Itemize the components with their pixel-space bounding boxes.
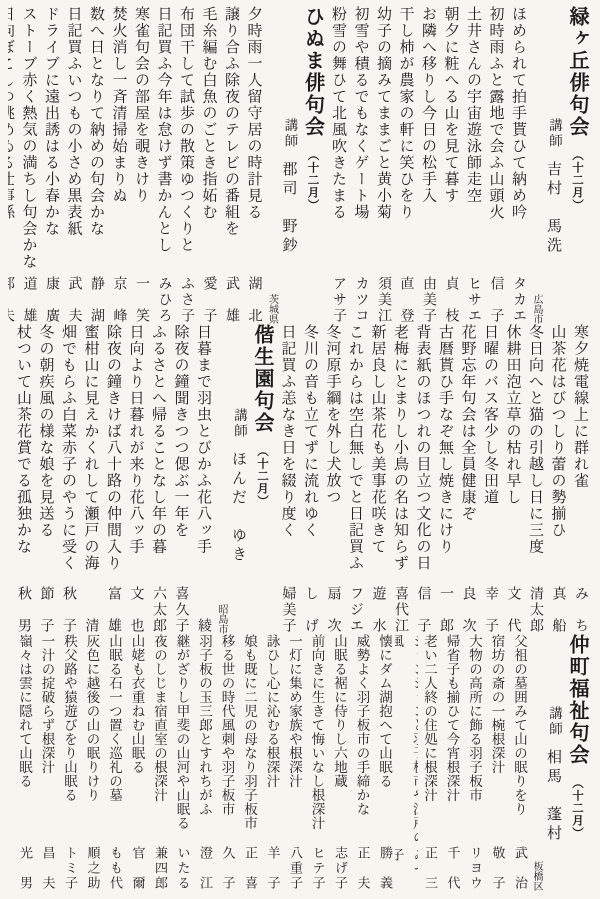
haiku-text: 初時雨ふと露地で会ふ山頭火 — [485, 6, 508, 221]
club-title-column: 仲町福祉句会 （十二月） — [564, 634, 592, 891]
club-month: （十二月） — [571, 777, 585, 840]
haiku-text: 前向きに生きて悔いなし根深汁 — [305, 634, 328, 830]
club-title: 仲町福祉句会 — [566, 634, 590, 766]
lecturer-label: 講師 — [228, 408, 249, 439]
haiku-entry: 花野忘年句会は全員健康ぞ 良 次 — [457, 324, 480, 634]
haiku-text: 父祖の墓囲みて山の眠りをり — [508, 634, 531, 816]
haiku-text: 初雪や積るでもなくゲート場 — [350, 6, 373, 221]
haiku-author: 信 子 — [412, 586, 435, 634]
haiku-entry: 日記買ふいつもの小さめ黒表紙 武 夫 — [63, 6, 86, 324]
haiku-entry: 帰省子も揃ひて今宵根深汁 千 代 — [440, 634, 463, 891]
club-header: 仲町福祉句会 （十二月） 講師 相馬 蓬村 板橋区 — [530, 634, 592, 891]
haiku-entry: 除夜の鐘きけば八十路の仲間入り 富 雄 — [103, 324, 126, 634]
haiku-author: 羊 子 — [260, 846, 283, 891]
haiku-author: いたる — [170, 846, 193, 891]
club-location: 茨城県 — [266, 294, 279, 324]
haiku-entry: 焚火消し一斉清掃始まりぬ 京 峰 — [108, 6, 131, 324]
haiku-text: 粉雪の舞ひて北風吹きたまる — [328, 6, 351, 221]
haiku-entry: 冬の朝疾風の様な娘を見送る 節 子 — [35, 324, 58, 634]
haiku-author: みつ子 — [395, 848, 418, 891]
haiku-text: 移る世の時代風刺や羽子板市 — [215, 634, 238, 816]
haiku-author: フジエ — [345, 586, 368, 634]
haiku-entry: 父祖の墓囲みて山の眠りをり 武 治 — [508, 634, 531, 891]
haiku-text: 冬日向へと猫の引越し日に三度 — [525, 324, 548, 555]
haiku-author: 武 夫 — [63, 276, 86, 324]
club-title-column: 緑ヶ丘俳句会 （十二月） — [564, 6, 592, 324]
haiku-text: 帰省子も揃ひて今宵根深汁 — [440, 634, 463, 802]
haiku-text: 老梅にとまりし小鳥の名は知らず — [390, 324, 413, 572]
haiku-author: 秋 男 — [13, 586, 36, 634]
lecturer-label: 講師 — [279, 118, 300, 149]
haiku-author: 昌 夫 — [35, 846, 58, 891]
haiku-author: カツコ — [350, 276, 373, 324]
haiku-entry: 夕時雨一人留守居の時計見る 湖 北 — [243, 6, 266, 324]
haiku-band: 仲町福祉句会 （十二月） 講師 相馬 蓬村 板橋区 父祖の墓囲みて山の眠りをり … — [8, 634, 592, 891]
club-location: 板橋区 — [530, 861, 543, 891]
haiku-author: 遊 水 — [367, 586, 390, 634]
haiku-author: みひろ — [153, 276, 176, 324]
haiku-text: 花野忘年句会は全員健康ぞ — [457, 324, 480, 522]
haiku-entry: 日記買ふ恙なき日を綴り度く 婦美子 — [277, 324, 300, 634]
haiku-author: 八重子 — [283, 846, 306, 891]
haiku-text: ふるさとへ帰ることなし年の暮 — [148, 324, 171, 555]
lecturer-name: ほんだ ゆき — [228, 451, 249, 565]
haiku-entry: 娘も既に二児の母なり羽子板市 正 喜 — [238, 634, 261, 891]
haiku-entry: 譲り合ふ除夜のテレビの番組を 武 雄 — [221, 6, 244, 324]
haiku-author: 兼四郎 — [148, 846, 171, 891]
haiku-author: ふさ子 — [176, 276, 199, 324]
haiku-entry: 日曜のバス客少し冬田道 幸 子 — [480, 324, 503, 634]
haiku-author: 澄 江 — [193, 846, 216, 891]
haiku-author: 由美子 — [418, 276, 441, 324]
haiku-entry: 幼子の摘みてままごと黄小菊 須美江 — [373, 6, 396, 324]
location-column: 板橋区 — [530, 634, 543, 891]
haiku-entry: ふるさとへ帰ることなし年の暮 六太郎 — [148, 324, 171, 634]
lecturer-column: 講師 ほんだ ゆき — [228, 324, 249, 634]
location-column: 茨城県 — [266, 6, 279, 324]
haiku-entry: 蜜柑山に見えかくれして瀬戸の海 清 — [80, 324, 103, 634]
haiku-entry: 一汁の掟破らず根深汁 昌 夫 — [35, 634, 58, 891]
haiku-entry: 毛糸編む白魚のごとき指妬む 愛 子 — [198, 6, 221, 324]
location-column: 広島市 — [530, 6, 543, 324]
haiku-entry: 山眠る裾に侍りし六地蔵 志げ子 — [328, 634, 351, 891]
haiku-entry: 古暦貰ひ手なぞ無し焼きにけり 一 郎 — [435, 324, 458, 634]
haiku-text: ドライブに遠出誘はる小春かな — [41, 6, 64, 237]
haiku-author: 直 登 — [395, 276, 418, 324]
haiku-entry: 冬河原手綱を外し犬放つ 扇 次 — [322, 324, 345, 634]
haiku-text: 休耕田泡立草の枯れ早し — [502, 324, 525, 506]
haiku-author: 康 廣 — [41, 276, 64, 324]
lecturer-name: 吉村 馬洗 — [543, 161, 564, 256]
haiku-band: 緑ヶ丘俳句会 （十二月） 講師 吉村 馬洗 広島市 ほめられて拍手貰ひて納め吟 … — [8, 6, 592, 324]
haiku-entry: 布団干して試歩の散策ゆつくりと ふさ子 — [176, 6, 199, 324]
haiku-text: シャンシャンと羽子板市や江戸の風 — [395, 634, 418, 848]
club-title-column: ひぬま俳句会 （十二月） — [300, 6, 328, 324]
haiku-text: 秩父路や猿遊びをり山眠る — [58, 634, 81, 802]
haiku-text: 娘も既に二児の母なり羽子板市 — [238, 634, 261, 830]
haiku-entry: 畑でもらふ白菜赤子のやうに受く 秋 子 — [58, 324, 81, 634]
haiku-entry: 継がざりし甲斐の山河や山眠る いたる — [170, 634, 193, 891]
haiku-text: 数へ日となりて納めの句会かな — [86, 6, 109, 237]
haiku-entry: 秩父路や猿遊びをり山眠る トミ子 — [58, 634, 81, 891]
haiku-text: ストーブ赤く熱気の満ちし句会かな — [18, 6, 41, 270]
haiku-text: 日向より日暮れが来り花八ッ手 — [125, 324, 148, 555]
haiku-text: 背表紙のほつれの目立つ文化の日 — [412, 324, 435, 572]
haiku-text: 干し柿が農家の軒に笑ひをり — [395, 6, 418, 221]
haiku-author: 邦 夫 — [8, 276, 18, 324]
haiku-text: 杖ついて山茶花賞でる孤独かな — [13, 324, 36, 555]
haiku-entry: 山姥も衣重ねむ山眠る 官 爾 — [125, 634, 148, 891]
haiku-author: 武 治 — [508, 846, 531, 891]
club-header: 偕生園句会 （十二月） 講師 ほんだ ゆき 昭島市 — [215, 324, 277, 634]
haiku-author: ヒサエ — [463, 276, 486, 324]
haiku-entry: 威勢よく羽子板市の手締かな 正 夫 — [350, 634, 373, 891]
location-column: 昭島市 — [215, 324, 228, 634]
club-location: 広島市 — [530, 294, 543, 324]
haiku-author: 秋 子 — [58, 586, 81, 634]
haiku-text: 布団干して試歩の散策ゆつくりと — [176, 6, 199, 254]
haiku-text: 日記買ふいつもの小さめ黒表紙 — [63, 6, 86, 237]
haiku-text: 毛糸編む白魚のごとき指妬む — [198, 6, 221, 221]
haiku-text: 冬河原手綱を外し犬放つ — [322, 324, 345, 506]
haiku-entry: 新居良し山茶花も美事花咲きて 遊 水 — [367, 324, 390, 634]
haiku-entry: 日暮まで羽虫とびかふ花八ッ手 綾 — [193, 324, 216, 634]
haiku-text: 畑でもらふ白菜赤子のやうに受く — [58, 324, 81, 572]
haiku-text: 山茶花はびつしり蕾の勢揃ひ — [547, 324, 570, 539]
haiku-entry: シャンシャンと羽子板市や江戸の風 みつ子 — [395, 634, 418, 891]
haiku-entry: 前向きに生きて悔いなし根深汁 ヒテ子 — [305, 634, 328, 891]
haiku-entry: お隣へ移りし今日の松手入 由美子 — [418, 6, 441, 324]
haiku-text: 寒雀句会の部屋を覗きけり — [131, 6, 154, 204]
haiku-text: 日向ぼこしつ眺めゐる仕事孫 — [8, 6, 18, 221]
haiku-entry: 朝夕に粧へる山を見て暮す 貞 枝 — [440, 6, 463, 324]
haiku-author: 幸 子 — [480, 586, 503, 634]
haiku-author: 京 峰 — [108, 276, 131, 324]
haiku-entry: 一灯に集め家族や根深汁 八重子 — [283, 634, 306, 891]
haiku-author: 清太郎 — [525, 586, 548, 634]
lecturer-name: 郡司 野鈔 — [279, 161, 300, 256]
lecturer-column: 講師 郡司 野鈔 — [279, 6, 300, 324]
haiku-text: 寒夕焼電線上に群れ雀 — [570, 324, 593, 489]
haiku-author: もも代 — [103, 846, 126, 891]
haiku-entry: ほめられて拍手貰ひて納め吟 タカエ — [508, 6, 531, 324]
haiku-entry: 日向より日暮れが来り花八ッ手 文 也 — [125, 324, 148, 634]
haiku-entry: 山眠る石一つ置く巡礼の墓 もも代 — [103, 634, 126, 891]
club-header: ひぬま俳句会 （十二月） 講師 郡司 野鈔 茨城県 — [266, 6, 328, 324]
haiku-text: 羽子板の玉三郎とすれちがふ — [193, 634, 216, 816]
haiku-author: 光 男 — [13, 846, 36, 891]
haiku-author: 道 雄 — [18, 276, 41, 324]
haiku-text: 継がざりし甲斐の山河や山眠る — [170, 634, 193, 830]
club-month: （十二月） — [307, 149, 321, 212]
haiku-entry: 灰色に越後の山の眠りけり 順之助 — [80, 634, 103, 891]
haiku-text: 新居良し山茶花も美事花咲きて — [367, 324, 390, 555]
haiku-author: 久 子 — [215, 846, 238, 891]
haiku-text: 除夜の鐘聞きつつ偲ぶ一年を — [170, 324, 193, 539]
haiku-entry: 初時雨ふと露地で会ふ山頭火 信 子 — [485, 6, 508, 324]
club-month: （十二月） — [256, 445, 270, 508]
haiku-author: リヨウ — [463, 846, 486, 891]
haiku-author: タカエ — [508, 276, 531, 324]
lecturer-label: 講師 — [543, 706, 564, 737]
haiku-author: 敬 子 — [485, 846, 508, 891]
haiku-text: 冬の朝疾風の様な娘を見送る — [35, 324, 58, 539]
haiku-author: ヒテ子 — [305, 846, 328, 891]
haiku-author: 清 — [80, 618, 103, 634]
haiku-entry: 移る世の時代風刺や羽子板市 久 子 — [215, 634, 238, 891]
club-title: ひぬま俳句会 — [302, 6, 326, 138]
haiku-entry: 山茶花はびつしり蕾の勢揃ひ 真 船 — [547, 324, 570, 634]
haiku-author: 文 代 — [502, 586, 525, 634]
haiku-text: 宿坊の斎の一椀根深汁 — [485, 634, 508, 774]
haiku-entry: 初雪や積るでもなくゲート場 カツコ — [350, 6, 373, 324]
haiku-text: 日暮まで羽虫とびかふ花八ッ手 — [193, 324, 216, 555]
haiku-entry: 冬日向へと猫の引越し日に三度 清太郎 — [525, 324, 548, 634]
haiku-text: 山眠る裾に侍りし六地蔵 — [328, 634, 351, 788]
lecturer-column: 講師 吉村 馬洗 — [543, 6, 564, 324]
club-title-column: 偕生園句会 （十二月） — [249, 324, 277, 634]
haiku-text: 焚火消し一斉清掃始まりぬ — [108, 6, 131, 204]
haiku-newsletter-page: 緑ヶ丘俳句会 （十二月） 講師 吉村 馬洗 広島市 ほめられて拍手貰ひて納め吟 … — [0, 0, 600, 899]
haiku-text: 山眠る石一つ置く巡礼の墓 — [103, 634, 126, 802]
haiku-text: 朝夕に粧へる山を見て暮す — [440, 6, 463, 204]
haiku-author: み ち — [570, 586, 593, 634]
haiku-author: 愛 子 — [198, 276, 221, 324]
haiku-author: 文 也 — [125, 586, 148, 634]
haiku-entry: 嶺々は雲に隠れて山眠る 光 男 — [13, 634, 36, 891]
haiku-entry: 詠ひし心に沁むる根深汁 羊 子 — [260, 634, 283, 891]
haiku-entry: 寒夕焼電線上に群れ雀 み ち — [570, 324, 593, 634]
haiku-entry: 寒雀句会の部屋を覗きけり 一 笑 — [131, 6, 154, 324]
haiku-author: 一 笑 — [131, 276, 154, 324]
haiku-band: 寒夕焼電線上に群れ雀 み ち 山茶花はびつしり蕾の勢揃ひ 真 船 冬日向へと猫の… — [8, 324, 592, 634]
haiku-text: ほめられて拍手貰ひて納め吟 — [508, 6, 531, 221]
haiku-entry: 土井さんの宇宙遊泳師走空 ヒサエ — [463, 6, 486, 324]
club-location: 昭島市 — [215, 604, 228, 634]
club-title: 偕生園句会 — [251, 324, 275, 434]
haiku-text: 大物の高所に飾る羽子板市 — [463, 634, 486, 802]
haiku-author: 婦美子 — [277, 586, 300, 634]
haiku-entry: 日向ぼこしつ眺めゐる仕事孫 邦 夫 — [8, 6, 18, 324]
haiku-author: 正 夫 — [350, 846, 373, 891]
haiku-text: 除夜の鐘きけば八十路の仲間入り — [103, 324, 126, 572]
haiku-author: 正 喜 — [238, 846, 261, 891]
haiku-author: 一 郎 — [435, 586, 458, 634]
haiku-author: 信 子 — [485, 276, 508, 324]
haiku-entry: 日記買ふ今年は怠けず書かんとし みひろ — [153, 6, 176, 324]
club-month: （十二月） — [571, 149, 585, 212]
haiku-author: 千 代 — [440, 846, 463, 891]
haiku-text: 日曜のバス客少し冬田道 — [480, 324, 503, 506]
haiku-text: 灰色に越後の山の眠りけり — [80, 634, 103, 802]
haiku-author: 官 爾 — [125, 846, 148, 891]
haiku-text: 日記買ふ今年は怠けず書かんとし — [153, 6, 176, 254]
haiku-text: 土井さんの宇宙遊泳師走空 — [463, 6, 486, 204]
haiku-author: 須美江 — [373, 276, 396, 324]
haiku-entry: 休耕田泡立草の枯れ早し 文 代 — [502, 324, 525, 634]
haiku-author: し げ — [300, 586, 323, 634]
haiku-entry: 背表紙のほつれの目立つ文化の日 信 子 — [412, 324, 435, 634]
haiku-author: 綾 — [193, 618, 216, 634]
haiku-author: 真 船 — [547, 586, 570, 634]
haiku-entry: 老い二人終の住処に根深汁 正 三 — [418, 634, 441, 891]
haiku-text: これからは空白無しでと日記買ふ — [345, 324, 368, 572]
haiku-text: 譲り合ふ除夜のテレビの番組を — [221, 6, 244, 237]
haiku-text: 夕時雨一人留守居の時計見る — [243, 6, 266, 221]
haiku-author: トミ子 — [58, 846, 81, 891]
haiku-author: 静 湖 — [86, 276, 109, 324]
lecturer-column: 講師 相馬 蓬村 — [543, 634, 564, 891]
haiku-text: 詠ひし心に沁むる根深汁 — [260, 634, 283, 788]
haiku-text: 一汁の掟破らず根深汁 — [35, 634, 58, 774]
haiku-author: 貞 枝 — [440, 276, 463, 324]
club-title: 緑ヶ丘俳句会 — [566, 6, 590, 138]
haiku-author: 正 三 — [418, 846, 441, 891]
haiku-author: 志げ子 — [328, 846, 351, 891]
haiku-author: 武 雄 — [221, 276, 244, 324]
haiku-author: 良 次 — [457, 586, 480, 634]
haiku-text: 威勢よく羽子板市の手締かな — [350, 634, 373, 816]
haiku-author: アサ子 — [328, 276, 351, 324]
haiku-entry: 大物の高所に飾る羽子板市 リヨウ — [463, 634, 486, 891]
haiku-text: 一灯に集め家族や根深汁 — [283, 634, 306, 788]
haiku-entry: 干し柿が農家の軒に笑ひをり 直 登 — [395, 6, 418, 324]
haiku-author: 節 子 — [35, 586, 58, 634]
haiku-entry: 羽子板の玉三郎とすれちがふ 澄 江 — [193, 634, 216, 891]
haiku-text: 山姥も衣重ねむ山眠る — [125, 634, 148, 774]
haiku-entry: 夜のしじま宿直室の根深汁 兼四郎 — [148, 634, 171, 891]
haiku-entry: 除夜の鐘聞きつつ偲ぶ一年を 喜久子 — [170, 324, 193, 634]
haiku-text: 懐にダム湖抱へて山眠る — [373, 634, 396, 788]
haiku-author: 勝 義 — [373, 846, 396, 891]
haiku-text: 古暦貰ひ手なぞ無し焼きにけり — [435, 324, 458, 555]
haiku-entry: ドライブに遠出誘はる小春かな 康 廣 — [41, 6, 64, 324]
haiku-entry: 数へ日となりて納めの句会かな 静 湖 — [86, 6, 109, 324]
lecturer-label: 講師 — [543, 118, 564, 149]
haiku-entry: 冬川の音も立てずに流れゆく し げ — [300, 324, 323, 634]
haiku-text: 幼子の摘みてままごと黄小菊 — [373, 6, 396, 221]
haiku-entry: 宿坊の斎の一椀根深汁 敬 子 — [485, 634, 508, 891]
haiku-entry: これからは空白無しでと日記買ふ フジエ — [345, 324, 368, 634]
club-header: 緑ヶ丘俳句会 （十二月） 講師 吉村 馬洗 広島市 — [530, 6, 592, 324]
haiku-entry: ストーブ赤く熱気の満ちし句会かな 道 雄 — [18, 6, 41, 324]
haiku-author: 湖 北 — [243, 276, 266, 324]
haiku-text: お隣へ移りし今日の松手入 — [418, 6, 441, 204]
haiku-text: 夜のしじま宿直室の根深汁 — [148, 634, 171, 802]
haiku-text: 嶺々は雲に隠れて山眠る — [13, 634, 36, 788]
haiku-entry: 老梅にとまりし小鳥の名は知らず 喜代江 — [390, 324, 413, 634]
haiku-text: 日記買ふ恙なき日を綴り度く — [277, 324, 300, 539]
haiku-author: 喜久子 — [170, 586, 193, 634]
haiku-text: 蜜柑山に見えかくれして瀬戸の海 — [80, 324, 103, 572]
haiku-author: 順之助 — [80, 846, 103, 891]
haiku-text: 冬川の音も立てずに流れゆく — [300, 324, 323, 539]
lecturer-name: 相馬 蓬村 — [543, 749, 564, 844]
haiku-text: 老い二人終の住処に根深汁 — [418, 634, 441, 802]
haiku-author: 扇 次 — [322, 586, 345, 634]
haiku-author: 喜代江 — [390, 586, 413, 634]
haiku-author: 富 雄 — [103, 586, 126, 634]
haiku-entry: 粉雪の舞ひて北風吹きたまる アサ子 — [328, 6, 351, 324]
haiku-author: 六太郎 — [148, 586, 171, 634]
haiku-entry: 懐にダム湖抱へて山眠る 勝 義 — [373, 634, 396, 891]
haiku-entry: 杖ついて山茶花賞でる孤独かな 秋 男 — [13, 324, 36, 634]
